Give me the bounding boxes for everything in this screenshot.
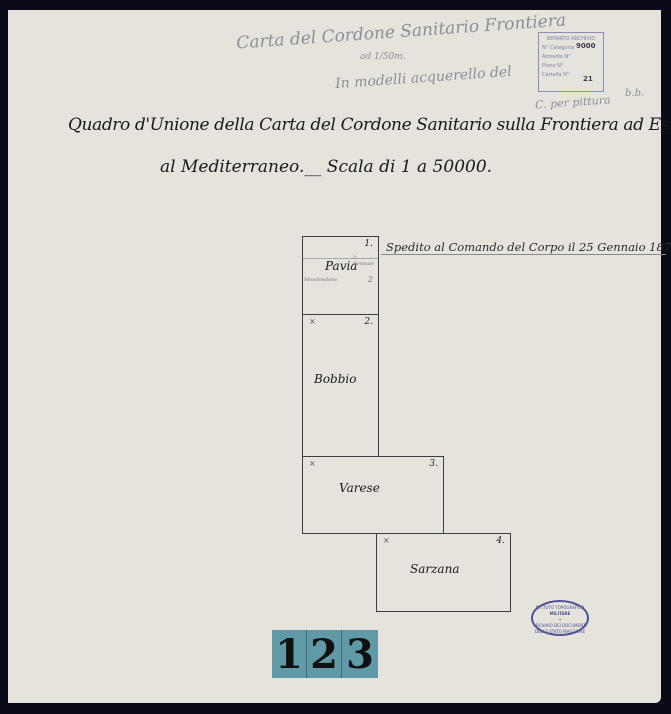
archive-stamp: REPARTO ARCHIVIO N° Categoria9000 Armadi… <box>538 32 604 92</box>
sheet-side-note: 3 Gennaio <box>353 255 378 267</box>
archive-stamp-row: Piano N° <box>542 62 600 71</box>
sheet-3-varese[interactable]: × 3. Varese <box>302 456 444 534</box>
catalog-number-label: 1 2 3 <box>272 630 378 678</box>
sheet-number: 3. <box>429 459 438 469</box>
archive-stamp-row: Cartella N°21 <box>542 71 600 80</box>
stamp-line: DELLO STATO MAGGIORE <box>533 629 587 635</box>
institute-oval-stamp: ISTITUTO TOPOGRAFICO MILITARE + ARCHIVIO… <box>531 600 589 636</box>
pencil-note-scale: ad 1/50m. <box>360 52 406 62</box>
sheet-name: Sarzana <box>410 562 459 576</box>
catalog-digit: 1 <box>272 630 307 678</box>
sheet-number: 4. <box>496 536 505 546</box>
cross-mark-icon: × <box>383 536 390 545</box>
sheet-1-pavia[interactable]: 1. Pavia 3 Gennaio Mondondone 2 <box>302 236 379 315</box>
sheet-name: Bobbio <box>314 372 356 386</box>
map-title-line1: Quadro d'Unione della Carta del Cordone … <box>68 115 671 135</box>
map-title-line2: al Mediterraneo.__ Scala di 1 a 50000. <box>160 157 492 177</box>
cross-mark-icon: × <box>309 459 316 468</box>
sheet-2-bobbio[interactable]: × 2. Bobbio <box>302 314 379 457</box>
sheet-side-note-left: Mondondone <box>304 277 337 283</box>
archive-stamp-row: N° Categoria9000 <box>542 44 600 53</box>
sheet-number: 2. <box>364 317 373 327</box>
dispatch-note-underline <box>381 254 666 255</box>
catalog-digit: 2 <box>307 630 342 678</box>
sheet-side-number: 2 <box>368 275 373 284</box>
sheet-name: Varese <box>339 481 380 495</box>
catalog-digit: 3 <box>342 630 378 678</box>
sheet-number: 1. <box>364 239 373 249</box>
archive-stamp-row: Armadio N° <box>542 53 600 62</box>
dispatch-note: Spedito al Comando del Corpo il 25 Genna… <box>386 240 671 254</box>
cross-mark-icon: × <box>309 317 316 326</box>
pencil-note-bb: b.b. <box>625 88 644 99</box>
sheet-4-sarzana[interactable]: × 4. Sarzana <box>376 533 511 612</box>
